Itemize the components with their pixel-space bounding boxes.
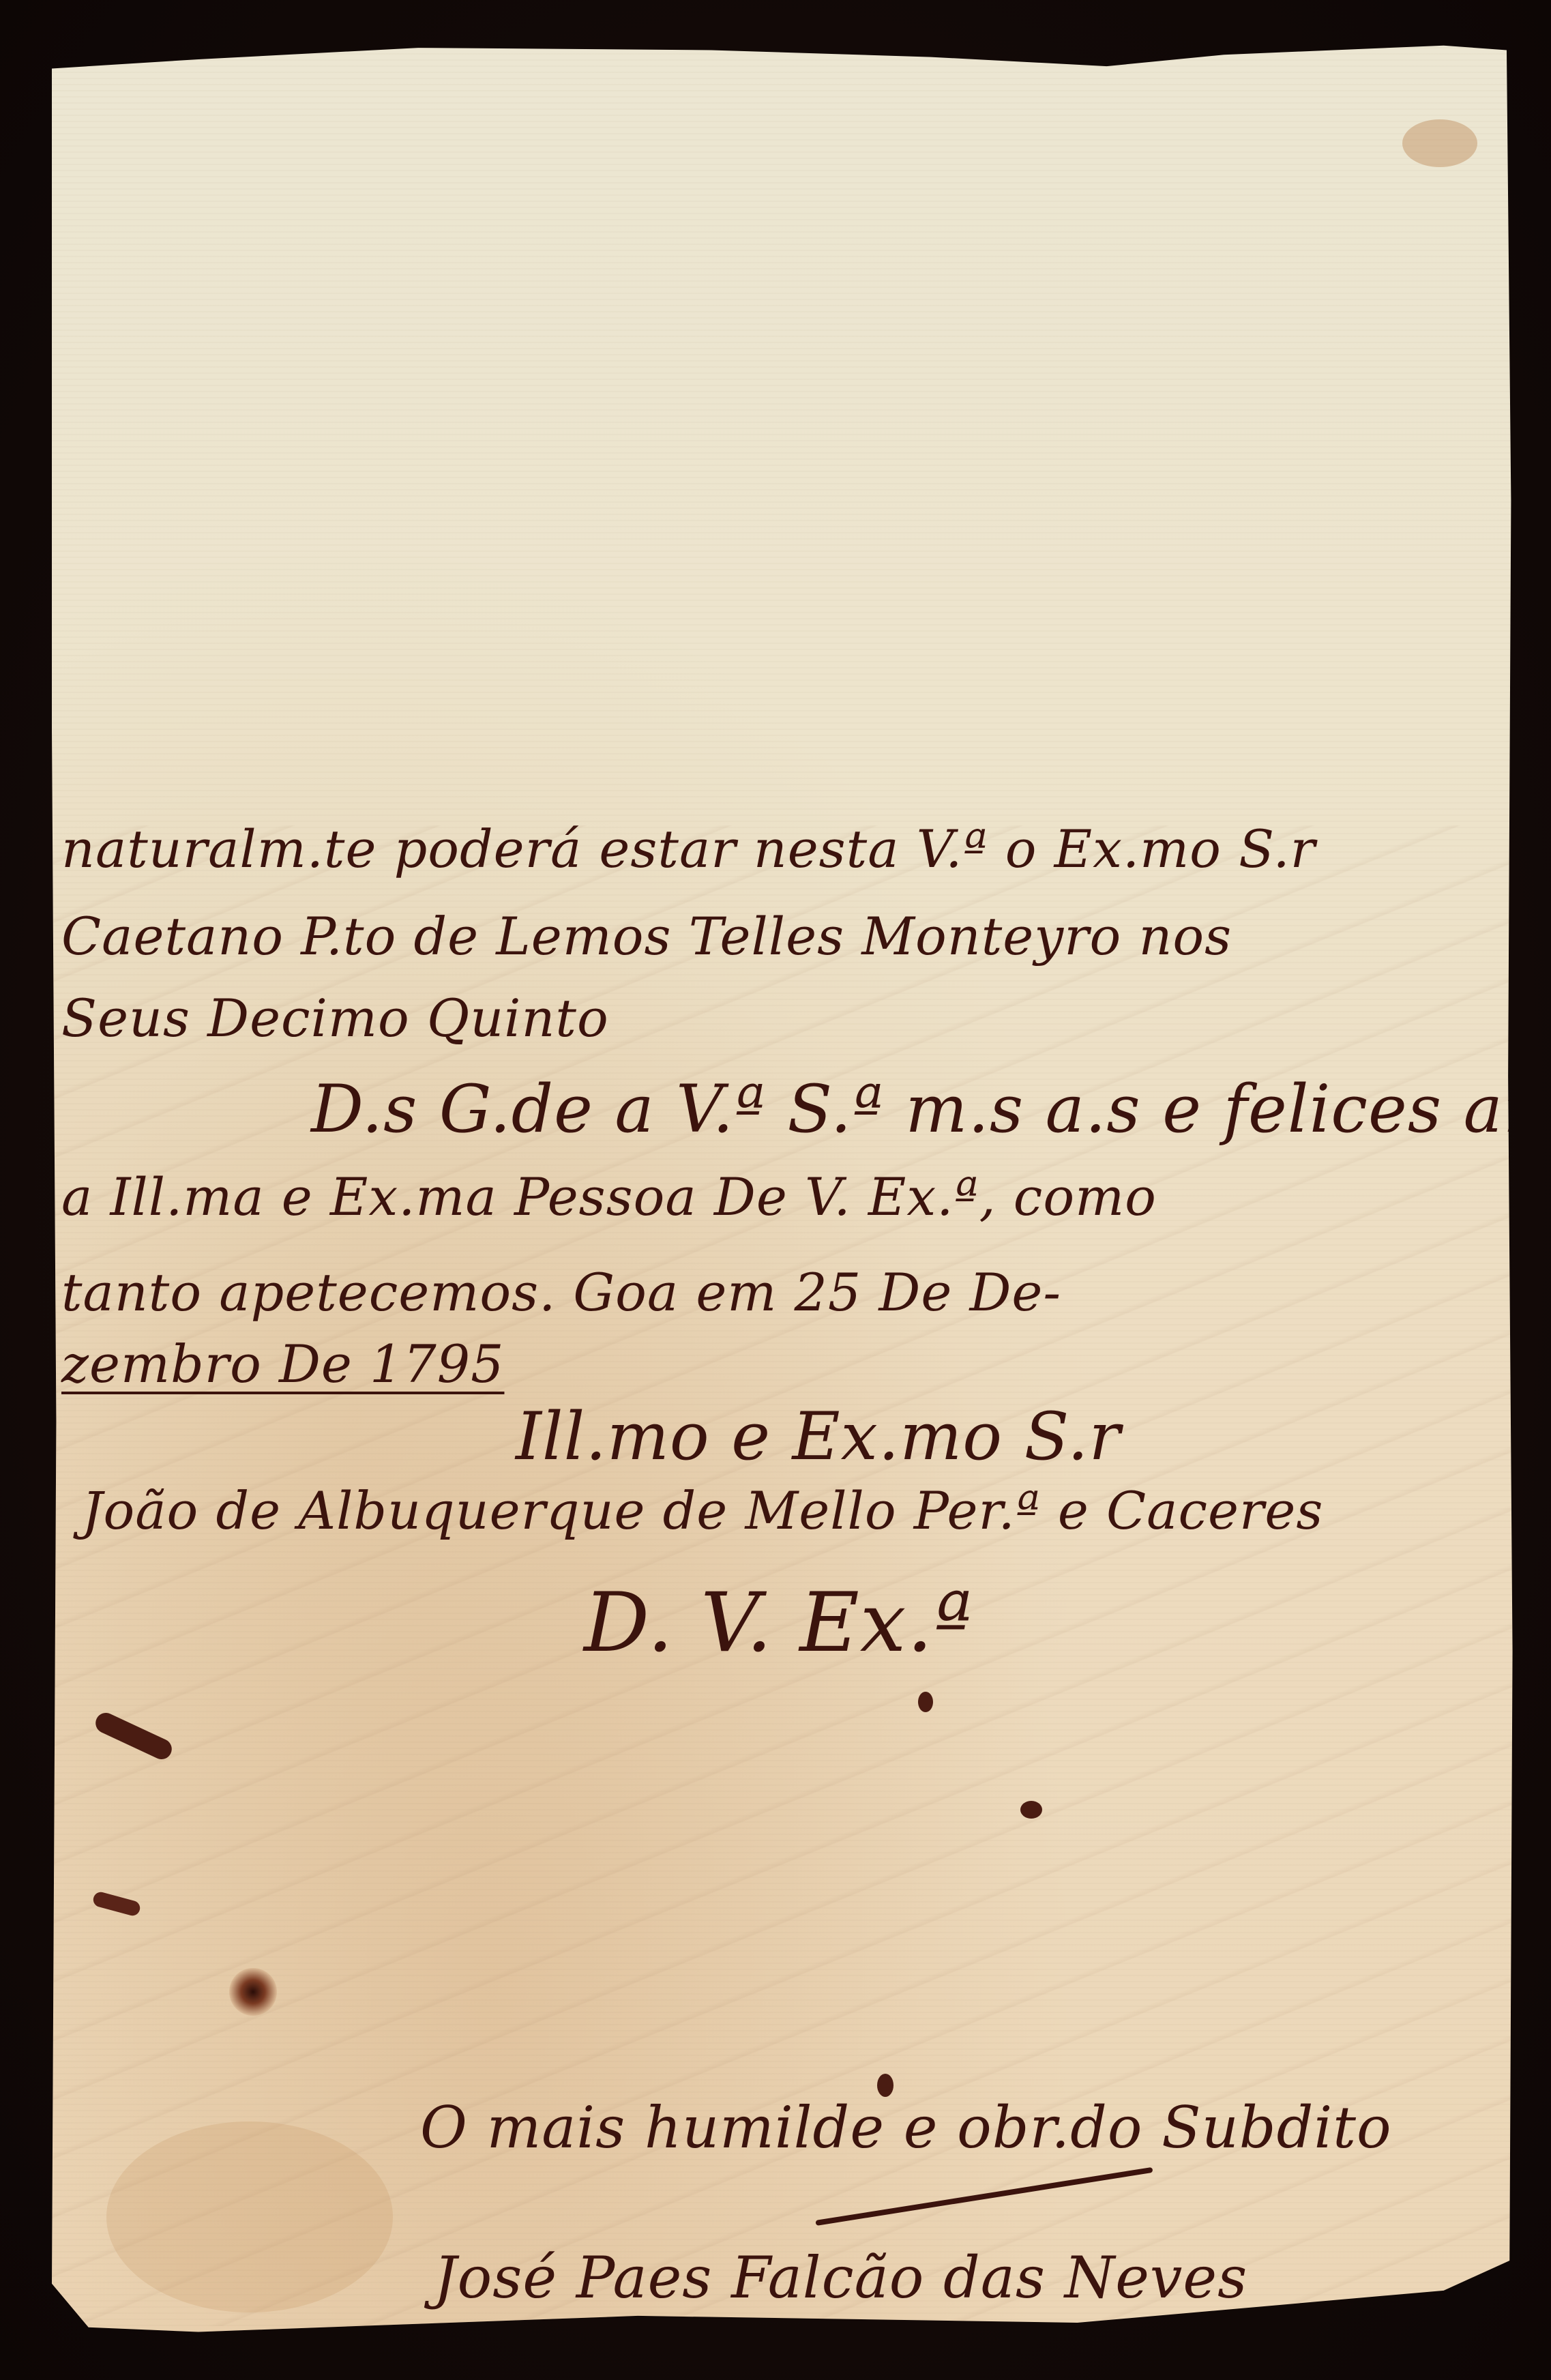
letter-line-2: Caetano P.to de Lemos Telles Monteyro no… [61,906,1232,967]
addressee-abbrev: D. V. Ex.ª [584,1576,973,1671]
ink-spot-right-3 [877,2074,893,2097]
addressee-name: João de Albuquerque de Mello Per.ª e Cac… [82,1480,1323,1541]
letter-line-5: a Ill.ma e Ex.ma Pessoa De V. Ex.ª, como [61,1166,1157,1227]
water-stain-bottom-left [106,2121,393,2312]
ink-spot-right-1 [918,1692,933,1712]
letter-line-3: Seus Decimo Quinto [61,988,609,1048]
water-stain-top-right [1402,119,1477,167]
signer-name: José Paes Falcão das Neves [434,2244,1247,2311]
subscription-line: O mais humilde e obr.do Subdito [420,2094,1392,2161]
letter-line-4: D.s G.de a V.ª S.ª m.s a.s e felices ann… [311,1071,1551,1147]
letter-line-6: tanto apetecemos. Goa em 25 De De- [61,1262,1061,1323]
ink-spot-center [229,1968,277,2016]
salutation: Ill.mo e Ex.mo S.r [516,1398,1121,1475]
manuscript-page: naturalm.te poderá estar nesta V.ª o Ex.… [52,41,1517,2341]
letter-line-7-date: zembro De 1795 [61,1334,504,1394]
ink-spot-right-2 [1020,1801,1042,1819]
letter-line-1: naturalm.te poderá estar nesta V.ª o Ex.… [61,819,1316,879]
